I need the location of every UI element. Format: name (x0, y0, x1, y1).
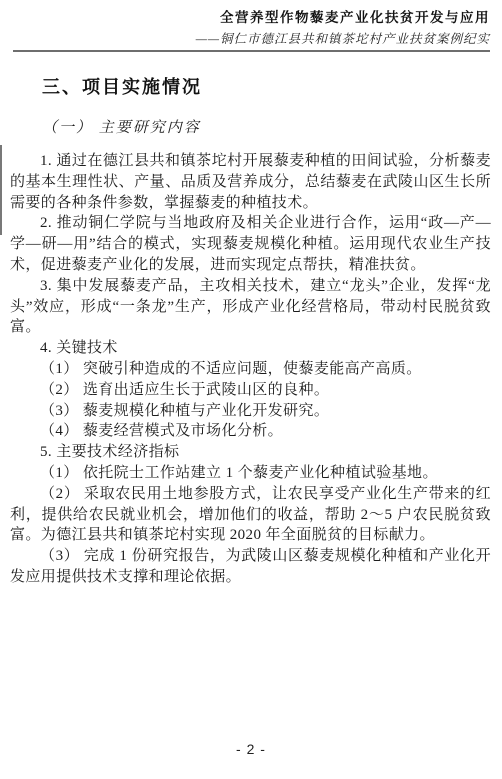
paragraph: （2） 采取农民用土地参股方式，让农民享受产业化生产带来的红利，提供给农民就业机… (10, 484, 491, 546)
running-title: 全营养型作物藜麦产业化扶贫开发与应用 (196, 9, 490, 26)
paragraph: （2） 选育出适应生长于武陵山区的良种。 (10, 380, 491, 401)
paragraph: （1） 突破引种造成的不适应问题，使藜麦能高产高质。 (10, 359, 491, 380)
paragraph-list: 1. 通过在德江县共和镇茶坨村开展藜麦种植的田间试验，分析藜麦的基本生理性状、产… (10, 151, 491, 588)
paragraph: 4. 关键技术 (10, 338, 491, 359)
page-body: 三、项目实施情况 （一） 主要研究内容 1. 通过在德江县共和镇茶坨村开展藜麦种… (10, 76, 491, 588)
header-divider (13, 50, 490, 52)
paragraph: （1） 依托院士工作站建立 1 个藜麦产业化种植试验基地。 (10, 463, 491, 484)
paragraph: （4） 藜麦经营模式及市场化分析。 (10, 421, 491, 442)
section-heading: 三、项目实施情况 (42, 76, 491, 98)
paragraph: 3. 集中发展藜麦产品，主攻相关技术，建立“龙头”企业，发挥“龙头”效应，形成“… (10, 276, 491, 338)
page-number: - 2 - (0, 741, 502, 757)
paragraph: （3） 藜麦规模化种植与产业化开发研究。 (10, 401, 491, 422)
paragraph: （3） 完成 1 份研究报告，为武陵山区藜麦规模化种植和产业化开发应用提供技术支… (10, 546, 491, 588)
paragraph: 1. 通过在德江县共和镇茶坨村开展藜麦种植的田间试验，分析藜麦的基本生理性状、产… (10, 151, 491, 213)
paragraph: 2. 推动铜仁学院与当地政府及相关企业进行合作，运用“政—产—学—研—用”结合的… (10, 213, 491, 275)
page-header: 全营养型作物藜麦产业化扶贫开发与应用 ——铜仁市德江县共和镇茶坨村产业扶贫案例纪… (196, 9, 490, 47)
running-subtitle: ——铜仁市德江县共和镇茶坨村产业扶贫案例纪实 (196, 31, 490, 47)
scan-artifact-line (0, 145, 2, 235)
paragraph: 5. 主要技术经济指标 (10, 442, 491, 463)
subsection-heading: （一） 主要研究内容 (42, 119, 491, 138)
document-page: 全营养型作物藜麦产业化扶贫开发与应用 ——铜仁市德江县共和镇茶坨村产业扶贫案例纪… (0, 0, 502, 779)
